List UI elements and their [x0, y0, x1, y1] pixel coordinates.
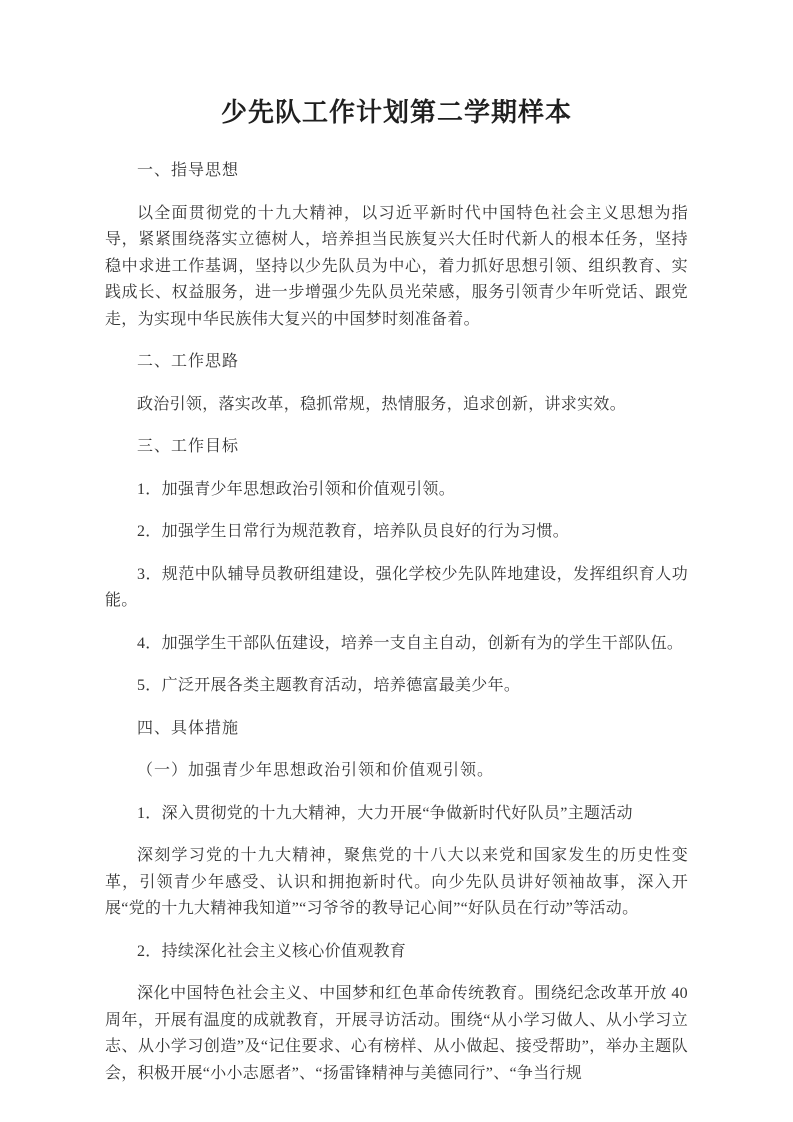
paragraph: 3．规范中队辅导员教研组建设，强化学校少先队阵地建设，发挥组织育人功能。 [105, 562, 688, 615]
section-heading: 二、工作思路 [105, 349, 688, 376]
paragraph: 深化中国特色社会主义、中国梦和红色革命传统教育。围绕纪念改革开放 40 周年，开… [105, 981, 688, 1087]
paragraph: 2．加强学生日常行为规范教育，培养队员良好的行为习惯。 [105, 519, 688, 546]
section-heading: 四、具体措施 [105, 716, 688, 743]
paragraph: 5．广泛开展各类主题教育活动，培养德富最美少年。 [105, 673, 688, 700]
paragraph: 1．深入贯彻党的十九大精神，大力开展“争做新时代好队员”主题活动 [105, 801, 688, 828]
paragraph: 政治引领，落实改革，稳抓常规，热情服务，追求创新，讲求实效。 [105, 392, 688, 419]
paragraph: 以全面贯彻党的十九大精神，以习近平新时代中国特色社会主义思想为指导，紧紧围绕落实… [105, 201, 688, 334]
paragraph: 2．持续深化社会主义核心价值观教育 [105, 939, 688, 966]
paragraph: 4．加强学生干部队伍建设，培养一支自主自动，创新有为的学生干部队伍。 [105, 631, 688, 658]
section-heading: 一、指导思想 [105, 158, 688, 185]
section-heading: （一）加强青少年思想政治引领和价值观引领。 [105, 758, 688, 785]
document-title: 少先队工作计划第二学期样本 [105, 96, 688, 130]
section-heading: 三、工作目标 [105, 434, 688, 461]
paragraph: 1．加强青少年思想政治引领和价值观引领。 [105, 477, 688, 504]
document-page: 少先队工作计划第二学期样本 一、指导思想以全面贯彻党的十九大精神，以习近平新时代… [0, 0, 793, 1122]
document-body: 一、指导思想以全面贯彻党的十九大精神，以习近平新时代中国特色社会主义思想为指导，… [105, 158, 688, 1087]
paragraph: 深刻学习党的十九大精神，聚焦党的十八大以来党和国家发生的历史性变革，引领青少年感… [105, 843, 688, 923]
